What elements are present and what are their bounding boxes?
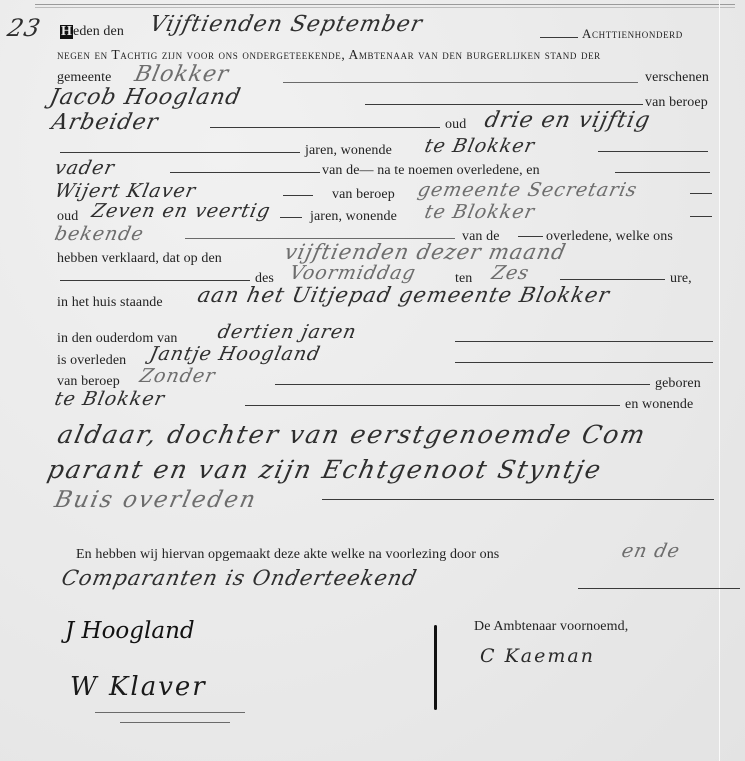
oud-label: oud [445, 117, 466, 133]
fill-rule [60, 152, 300, 153]
drop-cap: H [60, 25, 73, 39]
official-label: De Ambtenaar voornoemd, [474, 619, 628, 635]
signature-divider-brace [434, 625, 437, 710]
year-part-1: Achttienhonderd [582, 26, 683, 42]
jaren-wonende-label: jaren, wonende [305, 143, 392, 159]
jaren-wonende-label-2: jaren, wonende [310, 209, 397, 225]
declarant-2-age: Zeven en veertig [90, 200, 273, 222]
signature-flourish [120, 722, 230, 723]
van-beroep-label-2: van beroep [332, 187, 395, 203]
fill-rule [280, 217, 302, 218]
signature-declarant-2: W Klaver [70, 672, 207, 702]
time-of-day-handwritten: Voormiddag [288, 262, 419, 284]
body-line-1: aldaar, dochter van eerstgenoemde Com [55, 420, 649, 449]
scan-crease [719, 0, 720, 761]
signature-flourish [95, 712, 245, 713]
fill-rule [540, 37, 578, 38]
fill-rule [275, 384, 650, 385]
fill-rule [322, 499, 714, 500]
municipality-handwritten: Blokker [132, 62, 231, 87]
ure-label: ure, [670, 271, 692, 287]
address-handwritten: aan het Uitjepad gemeente Blokker [195, 283, 612, 307]
van-de-na-label: van de— na te noemen overledene, en [322, 163, 540, 179]
signature-declarant-1: J Hoogland [65, 618, 195, 644]
closing-handwritten-1: en de [620, 540, 683, 562]
heden-rest: eden den [73, 24, 124, 39]
hour-handwritten: Zes [490, 262, 532, 284]
declarant-2-residence: te Blokker [423, 201, 537, 223]
fill-rule [170, 172, 320, 173]
printed-line-2: negen en Tachtig zijn voor ons ondergete… [57, 47, 601, 63]
declarant-2-name: Wijert Klaver [53, 180, 199, 202]
declarant-1-age: drie en vijftig [482, 108, 653, 133]
top-border-line-2 [35, 7, 735, 8]
fill-rule [578, 588, 740, 589]
is-overleden-label: is overleden [57, 353, 126, 369]
fill-rule [455, 362, 713, 363]
geboren-label: geboren [655, 376, 701, 392]
act-number: 23 [5, 14, 43, 42]
relation-2-handwritten: bekende [53, 223, 146, 245]
fill-rule [283, 195, 313, 196]
fill-rule [185, 238, 455, 239]
fill-rule [598, 151, 708, 152]
huis-staande-label: in het huis staande [57, 295, 163, 311]
signature-official: C Kaeman [480, 645, 595, 667]
deceased-occupation-handwritten: Zonder [138, 365, 218, 387]
fill-rule [560, 279, 665, 280]
declarant-1-residence: te Blokker [423, 135, 537, 157]
declarant-1-occupation: Arbeider [49, 110, 160, 135]
gemeente-label: gemeente [57, 70, 111, 86]
heden-den-label: Heden den [60, 24, 124, 40]
fill-rule [615, 172, 710, 173]
declarant-1-name: Jacob Hoogland [47, 85, 243, 110]
van-beroep-label: van beroep [645, 95, 708, 111]
fill-rule [690, 216, 712, 217]
body-line-3: Buis overleden [52, 487, 259, 513]
top-border-line [35, 4, 735, 5]
date-handwritten: Vijftienden September [147, 12, 425, 37]
relation-handwritten: vader [53, 157, 117, 179]
fill-rule [690, 193, 712, 194]
declarant-2-occupation: gemeente Secretaris [416, 179, 640, 201]
deceased-age-handwritten: dertien jaren [216, 321, 359, 343]
fill-rule [245, 405, 620, 406]
fill-rule [365, 104, 643, 105]
closing-printed: En hebben wij hiervan opgemaakt deze akt… [76, 547, 499, 563]
fill-rule [455, 341, 713, 342]
fill-rule [518, 236, 543, 237]
fill-rule [283, 82, 638, 83]
body-line-2: parant en van zijn Echtgenoot Styntje [45, 455, 605, 484]
closing-handwritten-2: Comparanten is Onderteekend [59, 566, 419, 590]
hebben-verklaard-label: hebben verklaard, dat op den [57, 251, 222, 267]
fill-rule [210, 127, 440, 128]
en-wonende-label: en wonende [625, 397, 693, 413]
death-date-handwritten: vijftienden dezer maand [282, 240, 568, 264]
deceased-name-handwritten: Jantje Hoogland [148, 343, 323, 365]
verschenen-label: verschenen [645, 70, 709, 86]
birthplace-handwritten: te Blokker [53, 388, 167, 410]
fill-rule [60, 280, 250, 281]
